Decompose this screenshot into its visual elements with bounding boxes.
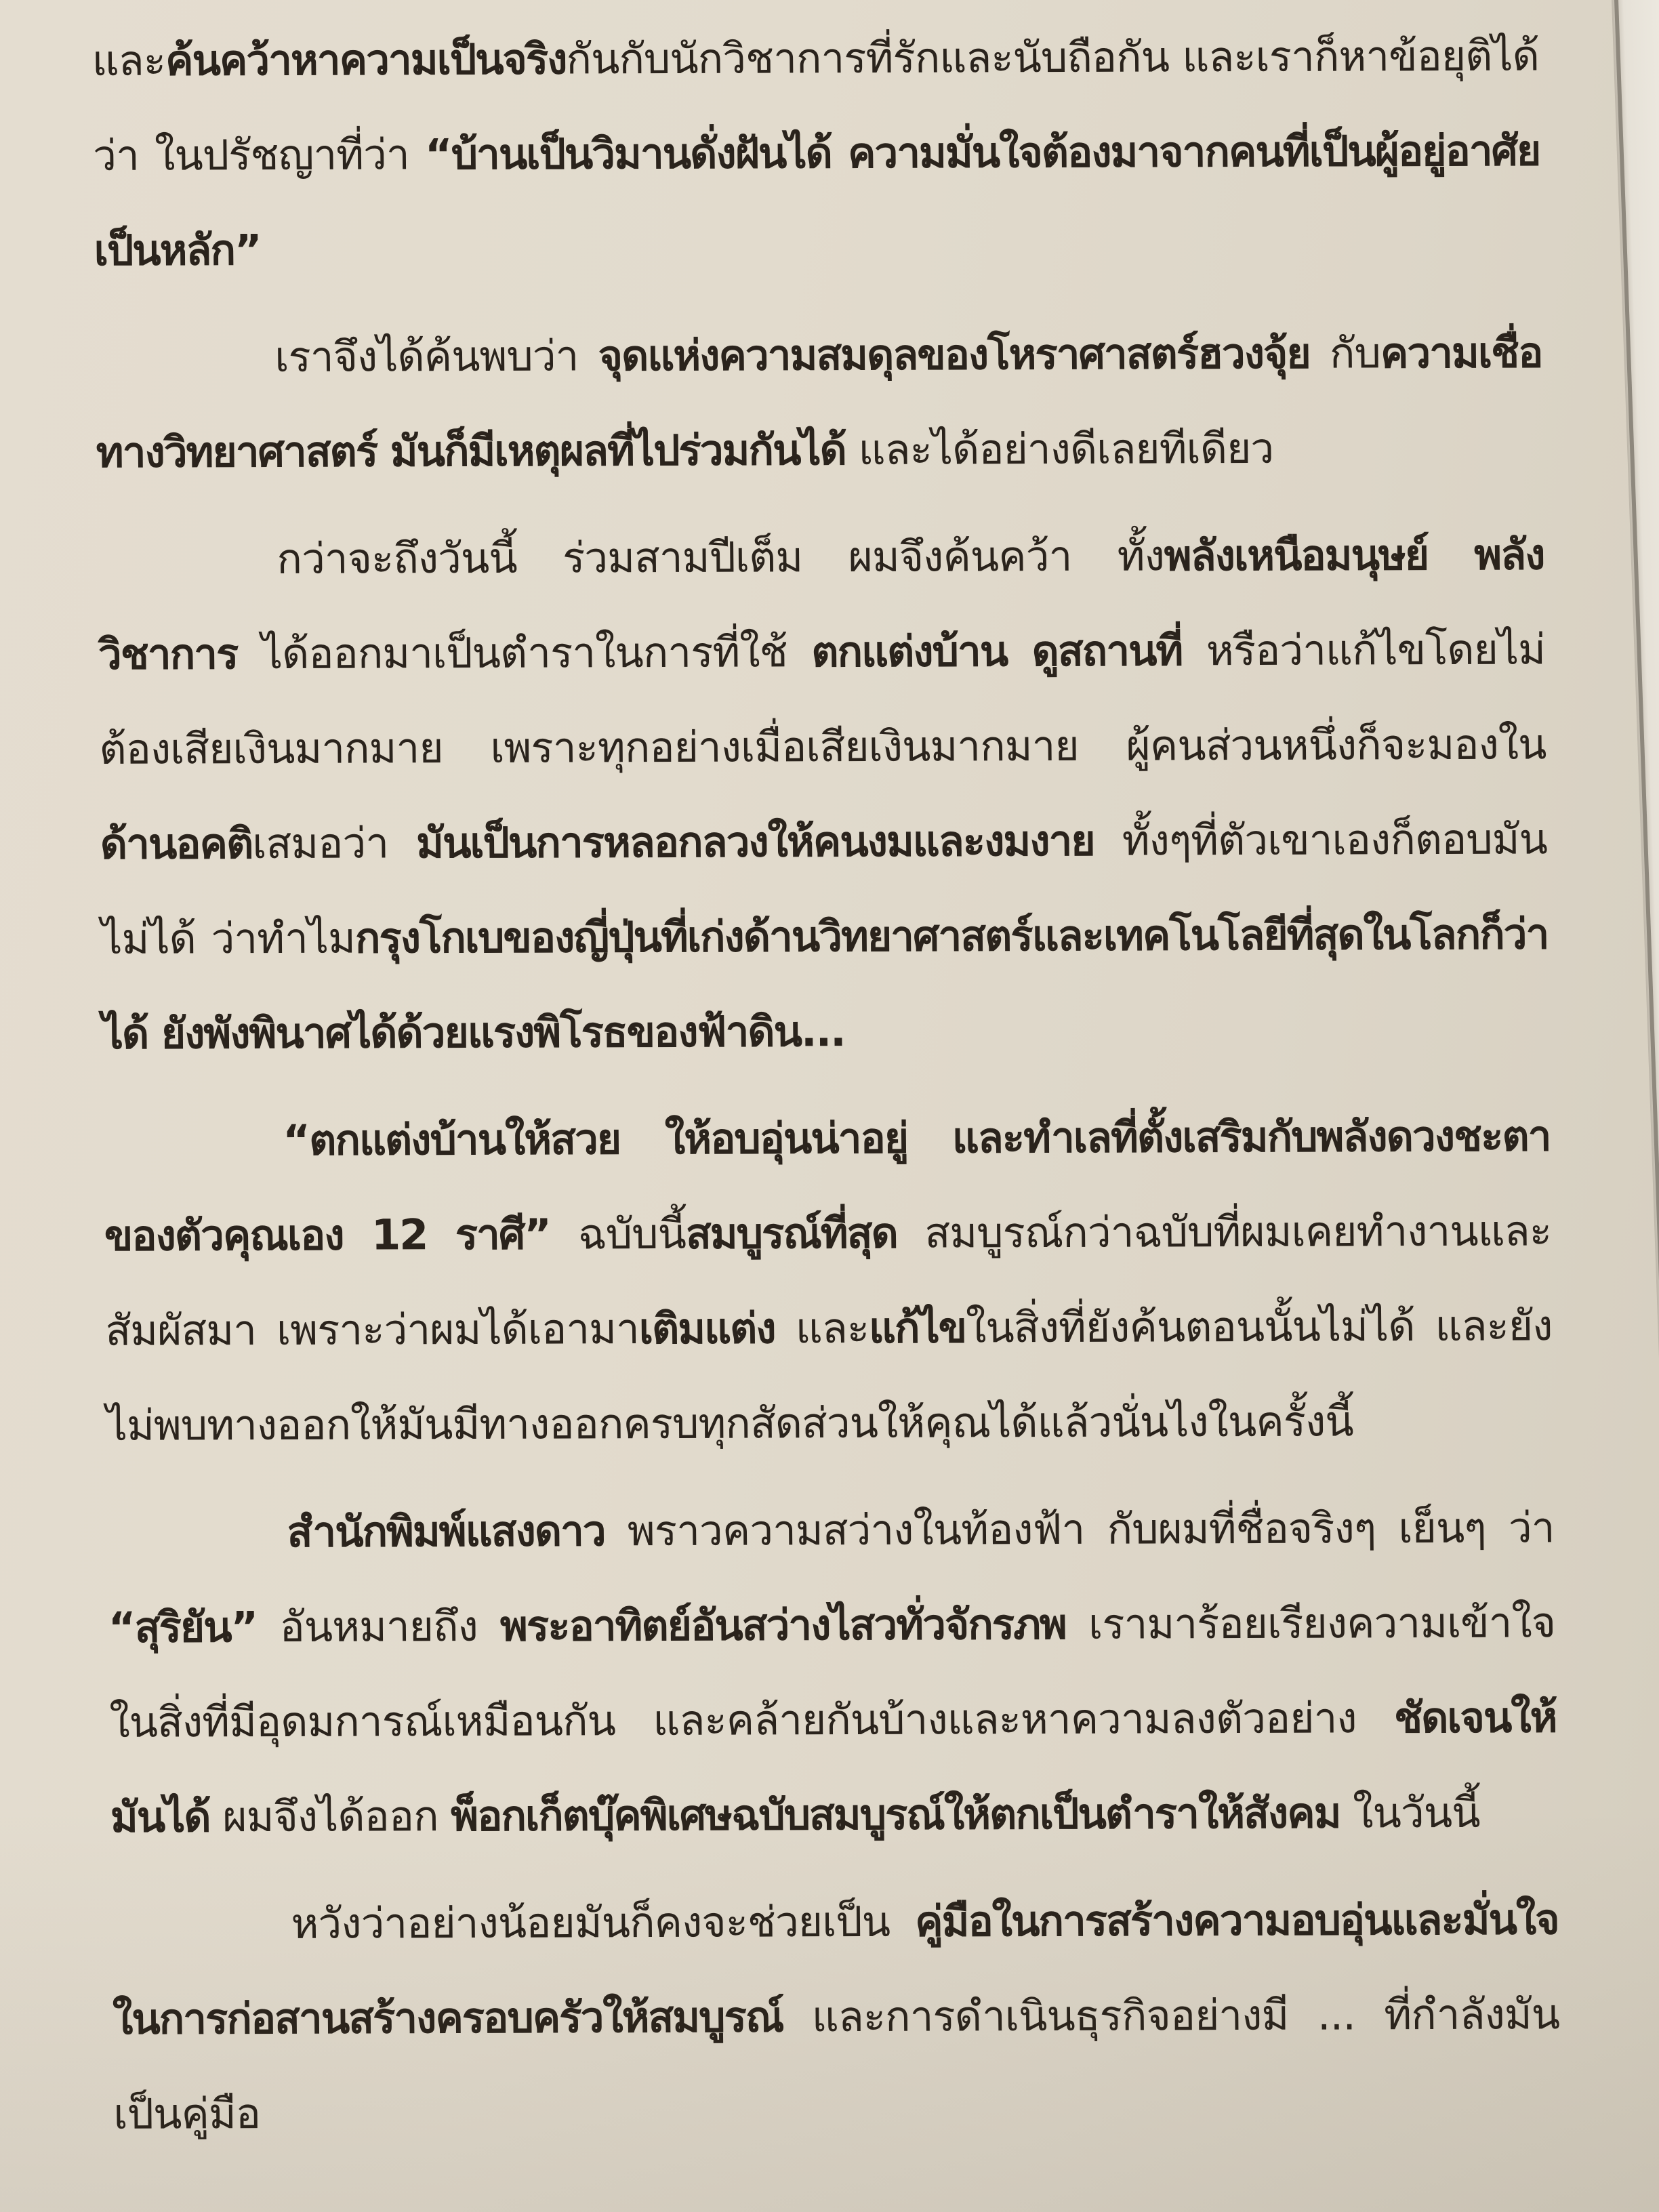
text-run: ผมจึงได้ออก — [209, 1791, 451, 1841]
bold-text-run: พระอาทิตย์อันสว่างไสวทั่วจักรภพ — [500, 1599, 1067, 1651]
bold-text-run: “สุริยัน” — [108, 1602, 258, 1652]
bold-text-run: พ็อกเก็ตบุ๊คพิเศษฉบับสมบูรณ์ให้ตกเป็นตำร… — [451, 1788, 1340, 1841]
body-text: และค้นคว้าหาความเป็นจริงกันกับนักวิชาการ… — [91, 9, 1561, 2174]
paragraph: และค้นคว้าหาความเป็นจริงกันกับนักวิชาการ… — [91, 9, 1541, 298]
bold-text-run: ด้านอคติ — [100, 819, 252, 869]
book-page: และค้นคว้าหาความเป็นจริงกันกับนักวิชาการ… — [0, 0, 1659, 2212]
bold-text-run: ตกแต่งบ้าน ดูสถานที่ — [811, 626, 1183, 676]
bold-text-run: สำนักพิมพ์แสงดาว — [287, 1506, 605, 1557]
paragraph: เราจึงได้ค้นพบว่า จุดแห่งความสมดุลของโหร… — [95, 306, 1544, 500]
text-run: และ — [775, 1303, 869, 1353]
bold-text-run: ค้นคว้าหาความเป็นจริง — [165, 35, 567, 85]
paragraph: สำนักพิมพ์แสงดาว พราวความสว่างในท้องฟ้า … — [107, 1480, 1558, 1864]
text-run: กว่าจะถึงวันนี้ ร่วมสามปีเต็ม ผมจึงค้นคว… — [276, 531, 1164, 583]
text-run: ฉบับนี้ — [550, 1209, 687, 1259]
text-run: อันหมายถึง — [257, 1601, 501, 1652]
paragraph: “ตกแต่งบ้านให้สวย ให้อบอุ่นน่าอยู่ และทำ… — [103, 1088, 1554, 1473]
text-run: กับ — [1309, 328, 1380, 377]
text-run: ในวันนี้ — [1340, 1788, 1480, 1838]
text-run: หวังว่าอย่างน้อยมันก็คงจะช่วยเป็น — [291, 1897, 915, 1948]
bold-text-run: สมบูรณ์ที่สุด — [686, 1208, 898, 1258]
bold-text-run: เติมแต่ง — [638, 1303, 775, 1353]
text-run: พราวความสว่างในท้องฟ้า กับผมที่ชื่อจริงๆ… — [605, 1502, 1555, 1555]
bold-text-run: แก้ไข — [869, 1303, 966, 1352]
text-run: เราจึงได้ค้นพบว่า — [274, 331, 598, 382]
text-run: ได้ออกมาเป็นตำราในการที่ใช้ — [237, 627, 812, 678]
adjacent-page-edge — [1612, 0, 1659, 2212]
paragraph: หวังว่าอย่างน้อยมันก็คงจะช่วยเป็น คู่มือ… — [111, 1872, 1561, 2161]
bold-text-run: มันเป็นการหลอกลวงให้คนงมและงมงาย — [416, 816, 1094, 867]
text-run: เสมอว่า — [252, 818, 417, 868]
paragraph: กว่าจะถึงวันนี้ ร่วมสามปีเต็ม ผมจึงค้นคว… — [97, 508, 1550, 1082]
text-run: และ — [91, 36, 165, 85]
text-run: และได้อย่างดีเลยทีเดียว — [845, 424, 1273, 474]
bold-text-run: จุดแห่งความสมดุลของโหราศาสตร์ฮวงจุ้ย — [598, 329, 1310, 381]
